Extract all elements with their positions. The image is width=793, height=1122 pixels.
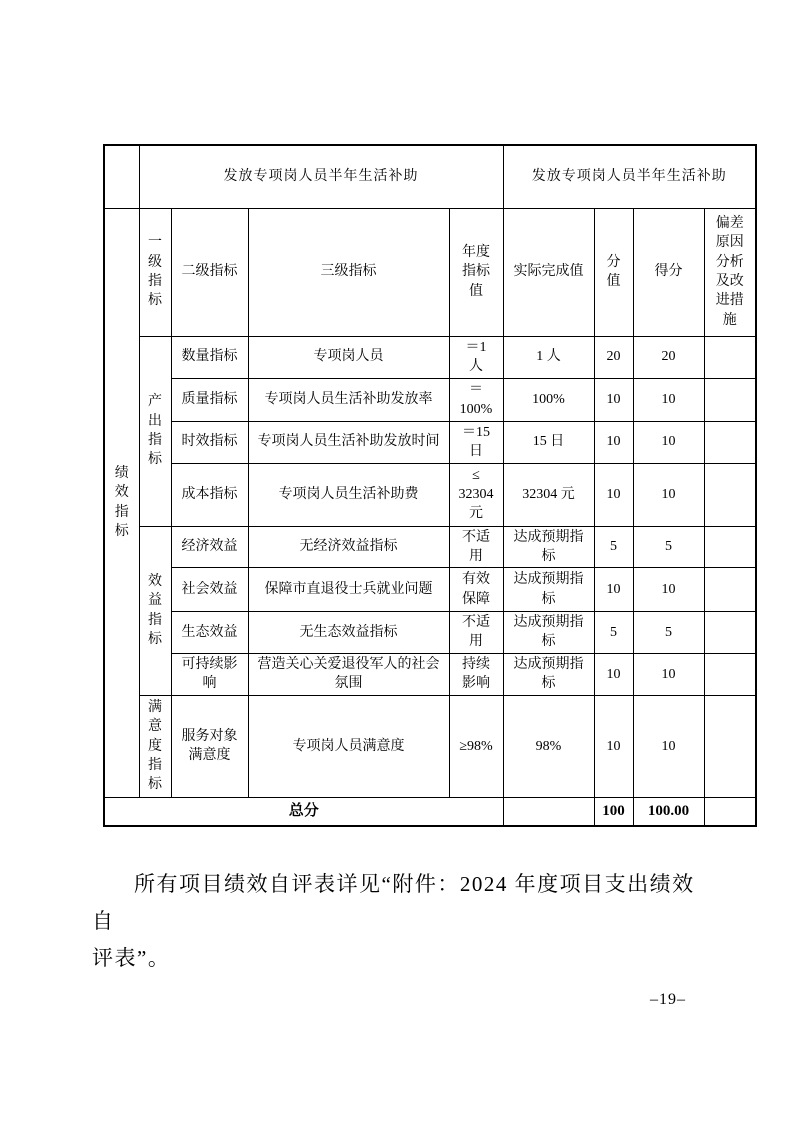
- cell-level3: 专项岗人员生活补助发放率: [248, 378, 449, 421]
- cell-actual: 1 人: [503, 336, 594, 378]
- group-label-performance-indicator: 绩 效 指 标: [104, 208, 139, 797]
- table-row-ecological: 生态效益 无生态效益指标 不适 用 达成预期指 标 5 5: [104, 612, 756, 654]
- cell-points: 10: [594, 378, 633, 421]
- cell-points: 10: [594, 421, 633, 463]
- cell-score: 10: [633, 421, 704, 463]
- cell-score: 10: [633, 463, 704, 526]
- table-row-quality: 质量指标 专项岗人员生活补助发放率 ＝ 100% 100% 10 10: [104, 378, 756, 421]
- cell-level3: 专项岗人员生活补助费: [248, 463, 449, 526]
- cell-score: 5: [633, 526, 704, 568]
- cell-points: 10: [594, 653, 633, 695]
- cell-level2: 服务对象 满意度: [171, 695, 248, 797]
- total-label: 总分: [104, 797, 503, 826]
- cell-level3: 保障市直退役士兵就业问题: [248, 568, 449, 612]
- header-level1: 一 级 指 标: [139, 208, 171, 336]
- group-label-output: 产 出 指 标: [139, 336, 171, 526]
- cell-deviation: [704, 463, 756, 526]
- header-score: 得分: [633, 208, 704, 336]
- header-points: 分 值: [594, 208, 633, 336]
- cell-actual: 达成预期指 标: [503, 526, 594, 568]
- header-level3: 三级指标: [248, 208, 449, 336]
- table-row-timeliness: 时效指标 专项岗人员生活补助发放时间 ＝15 日 15 日 10 10: [104, 421, 756, 463]
- cell-score: 10: [633, 568, 704, 612]
- cell-score: 5: [633, 612, 704, 654]
- cell-score: 10: [633, 695, 704, 797]
- cell-level2: 生态效益: [171, 612, 248, 654]
- table-row-sustainability: 可持续影 响 营造关心关爱退役军人的社会 氛围 持续 影响 达成预期指 标 10…: [104, 653, 756, 695]
- cell-deviation: [704, 526, 756, 568]
- cell-deviation: [704, 695, 756, 797]
- cell-deviation: [704, 421, 756, 463]
- cell-points: 20: [594, 336, 633, 378]
- cell-target: ＝ 100%: [449, 378, 503, 421]
- cell-deviation: [704, 568, 756, 612]
- cell-deviation: [704, 612, 756, 654]
- total-score: 100.00: [633, 797, 704, 826]
- cell-actual: 达成预期指 标: [503, 612, 594, 654]
- cell-level3: 营造关心关爱退役军人的社会 氛围: [248, 653, 449, 695]
- cell-target: 不适 用: [449, 612, 503, 654]
- cell-target: ＝1 人: [449, 336, 503, 378]
- cell-level3: 专项岗人员生活补助发放时间: [248, 421, 449, 463]
- cell-points: 10: [594, 695, 633, 797]
- cell-level2: 质量指标: [171, 378, 248, 421]
- cell-target: ＝15 日: [449, 421, 503, 463]
- cell-actual: 15 日: [503, 421, 594, 463]
- cell-target: 持续 影响: [449, 653, 503, 695]
- project-title-left: 发放专项岗人员半年生活补助: [139, 145, 503, 208]
- page-number: –19–: [650, 991, 686, 1009]
- header-deviation: 偏差 原因 分析 及改 进措 施: [704, 208, 756, 336]
- cell-points: 5: [594, 612, 633, 654]
- header-level2: 二级指标: [171, 208, 248, 336]
- table-row-cost: 成本指标 专项岗人员生活补助费 ≤ 32304 元 32304 元 10 10: [104, 463, 756, 526]
- cell-score: 10: [633, 653, 704, 695]
- cell-actual: 达成预期指 标: [503, 568, 594, 612]
- cell-target: 有效 保障: [449, 568, 503, 612]
- cell-actual: 98%: [503, 695, 594, 797]
- group-label-satisfaction: 满 意 度 指 标: [139, 695, 171, 797]
- cell-level2: 社会效益: [171, 568, 248, 612]
- cell-points: 5: [594, 526, 633, 568]
- cell-level3: 专项岗人员满意度: [248, 695, 449, 797]
- cell-deviation: [704, 653, 756, 695]
- document-page: { "colors": { "background": "#ffffff", "…: [0, 0, 793, 1122]
- table-row-economic: 效 益 指 标 经济效益 无经济效益指标 不适 用 达成预期指 标 5 5: [104, 526, 756, 568]
- cell-target: ≥98%: [449, 695, 503, 797]
- cell-level2: 时效指标: [171, 421, 248, 463]
- total-actual: [503, 797, 594, 826]
- cell-actual: 32304 元: [503, 463, 594, 526]
- header-annual-target: 年度 指标 值: [449, 208, 503, 336]
- cell-actual: 100%: [503, 378, 594, 421]
- group-label-benefit: 效 益 指 标: [139, 526, 171, 695]
- cell-points: 10: [594, 463, 633, 526]
- cell-deviation: [704, 336, 756, 378]
- cell-target: 不适 用: [449, 526, 503, 568]
- cell-level2: 数量指标: [171, 336, 248, 378]
- cell-actual: 达成预期指 标: [503, 653, 594, 695]
- table-row-satisfaction: 满 意 度 指 标 服务对象 满意度 专项岗人员满意度 ≥98% 98% 10 …: [104, 695, 756, 797]
- body-paragraph: 所有项目绩效自评表详见“附件：2024 年度项目支出绩效自 评表”。: [92, 866, 717, 977]
- table-row-quantity: 产 出 指 标 数量指标 专项岗人员 ＝1 人 1 人 20 20: [104, 336, 756, 378]
- header-actual-value: 实际完成值: [503, 208, 594, 336]
- cell-score: 20: [633, 336, 704, 378]
- cell-level3: 无经济效益指标: [248, 526, 449, 568]
- corner-cell: [104, 145, 139, 208]
- performance-table: 发放专项岗人员半年生活补助 发放专项岗人员半年生活补助 绩 效 指 标 一 级 …: [103, 144, 757, 827]
- cell-score: 10: [633, 378, 704, 421]
- cell-level3: 无生态效益指标: [248, 612, 449, 654]
- table-row-project-title: 发放专项岗人员半年生活补助 发放专项岗人员半年生活补助: [104, 145, 756, 208]
- project-title-right: 发放专项岗人员半年生活补助: [503, 145, 756, 208]
- cell-level2: 可持续影 响: [171, 653, 248, 695]
- total-deviation: [704, 797, 756, 826]
- cell-deviation: [704, 378, 756, 421]
- cell-level2: 经济效益: [171, 526, 248, 568]
- cell-points: 10: [594, 568, 633, 612]
- total-points: 100: [594, 797, 633, 826]
- table-row-headers: 绩 效 指 标 一 级 指 标 二级指标 三级指标 年度 指标 值 实际完成值 …: [104, 208, 756, 336]
- table-row-total: 总分 100 100.00: [104, 797, 756, 826]
- cell-target: ≤ 32304 元: [449, 463, 503, 526]
- table-row-social: 社会效益 保障市直退役士兵就业问题 有效 保障 达成预期指 标 10 10: [104, 568, 756, 612]
- cell-level2: 成本指标: [171, 463, 248, 526]
- cell-level3: 专项岗人员: [248, 336, 449, 378]
